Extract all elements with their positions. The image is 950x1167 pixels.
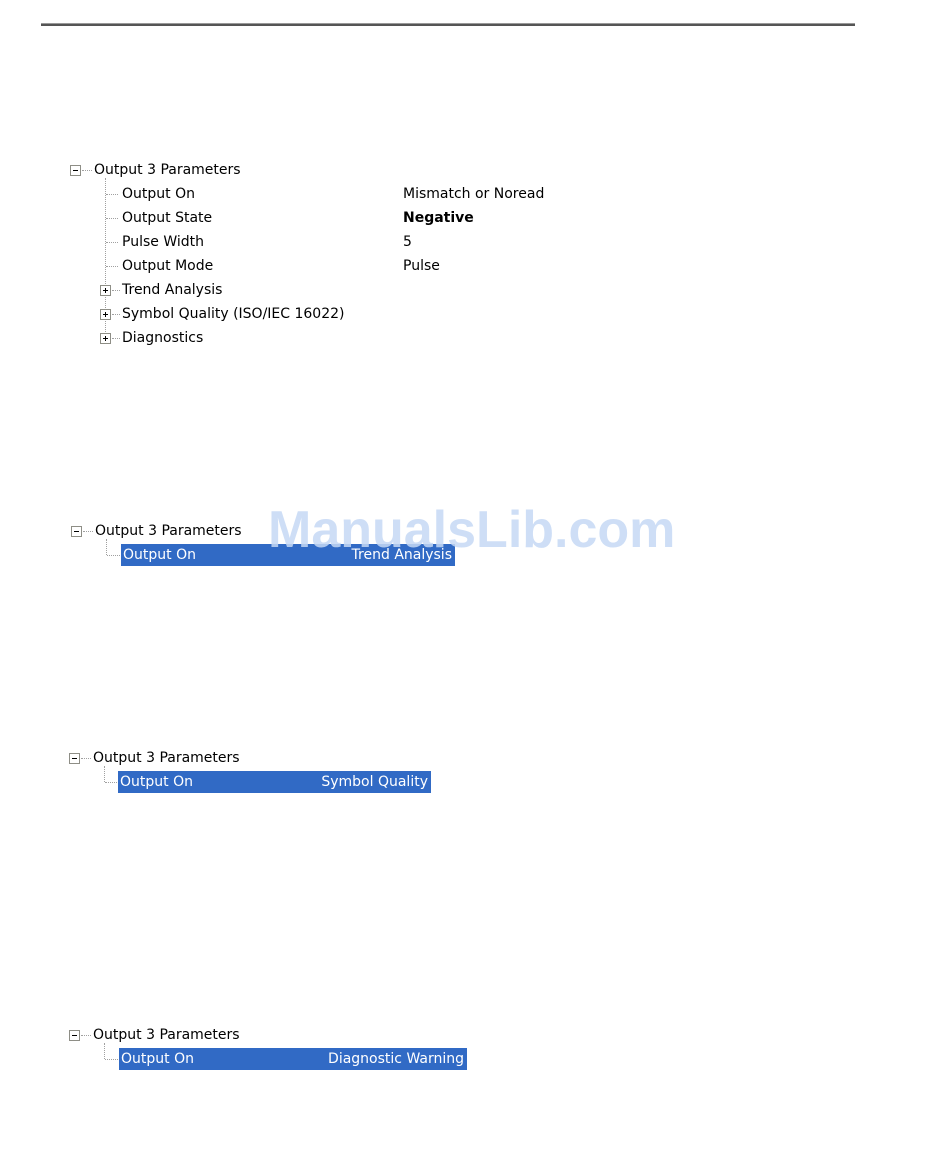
tree-connector xyxy=(81,1035,91,1036)
param-value: Negative xyxy=(403,206,474,230)
group-label: Symbol Quality (ISO/IEC 16022) xyxy=(122,302,345,326)
tree-connector xyxy=(105,1059,118,1060)
tree-connector xyxy=(106,218,118,219)
tree-connector xyxy=(82,170,92,171)
param-value: 5 xyxy=(403,230,412,254)
tree-connector xyxy=(112,338,120,339)
tree-connector xyxy=(106,539,107,555)
param-label: Output Mode xyxy=(122,254,213,278)
param-value: Diagnostic Warning xyxy=(328,1048,464,1070)
param-value: Symbol Quality xyxy=(321,771,428,793)
selected-row-output-on[interactable]: Output On Symbol Quality xyxy=(118,771,431,793)
tree-connector xyxy=(106,242,118,243)
expand-icon[interactable] xyxy=(100,309,111,320)
collapse-icon[interactable] xyxy=(70,165,81,176)
tree-root-label[interactable]: Output 3 Parameters xyxy=(95,519,242,543)
watermark-text: ManualsLib.com xyxy=(268,500,675,560)
output3-parameters-tree-diagnostics: Output 3 Parameters Output On Diagnostic… xyxy=(68,1023,488,1073)
collapse-icon[interactable] xyxy=(69,753,80,764)
tree-root-label[interactable]: Output 3 Parameters xyxy=(94,158,241,182)
param-label: Pulse Width xyxy=(122,230,204,254)
param-value: Pulse xyxy=(403,254,440,278)
tree-connector xyxy=(81,758,91,759)
selected-row-output-on[interactable]: Output On Diagnostic Warning xyxy=(119,1048,467,1070)
collapse-icon[interactable] xyxy=(71,526,82,537)
output3-parameters-tree-full: Output 3 Parameters Output On Mismatch o… xyxy=(70,158,590,358)
param-label: Output On xyxy=(123,544,196,566)
tree-connector xyxy=(106,194,118,195)
group-label: Diagnostics xyxy=(122,326,203,350)
tree-connector xyxy=(83,531,93,532)
tree-connector xyxy=(104,766,105,782)
tree-connector xyxy=(107,555,120,556)
expand-icon[interactable] xyxy=(100,285,111,296)
param-value: Mismatch or Noread xyxy=(403,182,544,206)
param-label: Output On xyxy=(120,771,193,793)
page-header-rule xyxy=(41,23,855,26)
tree-root-label[interactable]: Output 3 Parameters xyxy=(93,746,240,770)
param-label: Output On xyxy=(121,1048,194,1070)
tree-connector xyxy=(104,1043,105,1059)
tree-connector xyxy=(105,782,117,783)
tree-connector xyxy=(112,314,120,315)
tree-root-label[interactable]: Output 3 Parameters xyxy=(93,1023,240,1047)
param-label: Output State xyxy=(122,206,212,230)
group-label: Trend Analysis xyxy=(122,278,222,302)
tree-connector xyxy=(106,266,118,267)
param-label: Output On xyxy=(122,182,195,206)
output3-parameters-tree-symbol-quality: Output 3 Parameters Output On Symbol Qua… xyxy=(68,746,468,796)
collapse-icon[interactable] xyxy=(69,1030,80,1041)
expand-icon[interactable] xyxy=(100,333,111,344)
tree-connector xyxy=(112,290,120,291)
